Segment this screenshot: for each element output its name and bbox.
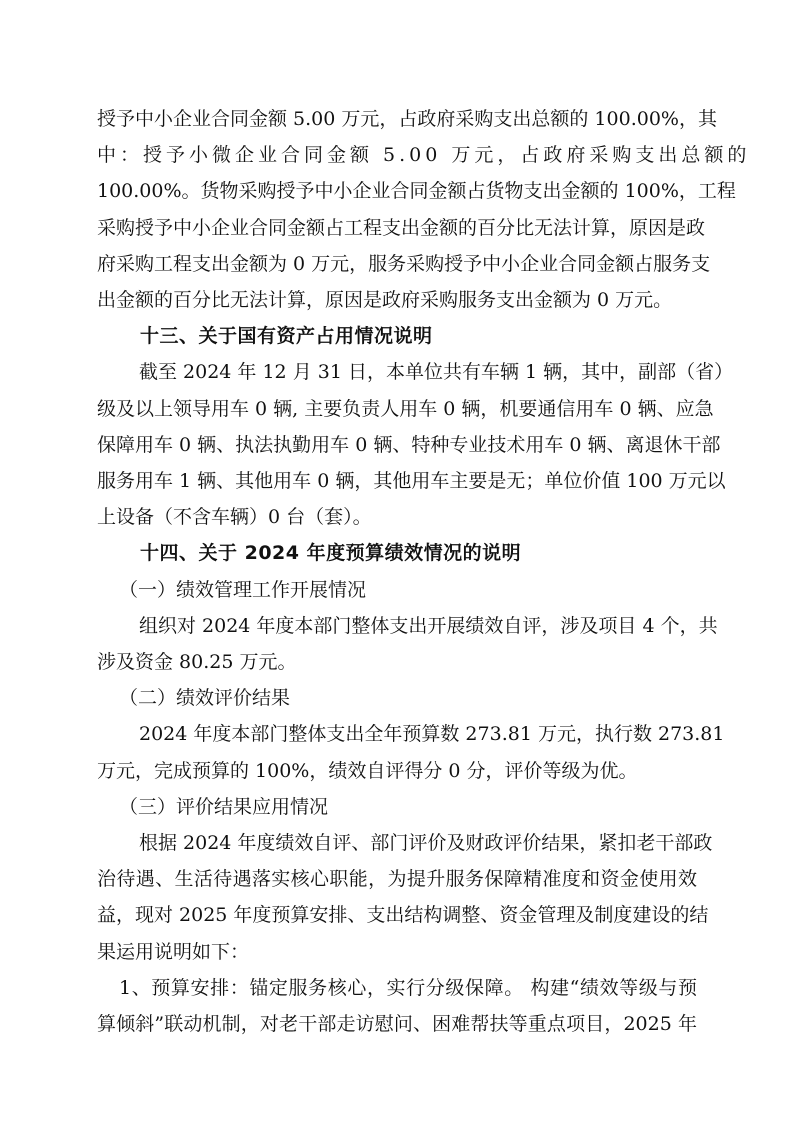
text-line: 上设备（不含车辆）0 台（套）。: [97, 499, 697, 535]
text-line: 府采购工程支出金额为 0 万元，服务采购授予中小企业合同金额占服务支: [97, 246, 697, 282]
subsection-1-heading: （一）绩效管理工作开展情况: [97, 572, 697, 608]
procurement-paragraph: 授予中小企业合同金额 5.00 万元，占政府采购支出总额的 100.00%，其 …: [97, 101, 697, 318]
section-13-heading: 十三、关于国有资产占用情况说明: [97, 318, 697, 354]
text-line: 根据 2024 年度绩效自评、部门评价及财政评价结果，紧扣老干部政: [97, 825, 697, 861]
subsection-1-paragraph: 组织对 2024 年度本部门整体支出开展绩效自评，涉及项目 4 个，共 涉及资金…: [97, 608, 697, 680]
subsection-2-heading: （二）绩效评价结果: [97, 680, 697, 716]
section-13-paragraph: 截至 2024 年 12 月 31 日，本单位共有车辆 1 辆，其中，副部（省）…: [97, 354, 697, 535]
section-14-heading: 十四、关于 2024 年度预算绩效情况的说明: [97, 535, 697, 571]
document-page: 授予中小企业合同金额 5.00 万元，占政府采购支出总额的 100.00%，其 …: [97, 101, 697, 1042]
text-line: 万元，完成预算的 100%，绩效自评得分 0 分，评价等级为优。: [97, 753, 697, 789]
text-line: 果运用说明如下：: [97, 934, 697, 970]
text-line: 治待遇、生活待遇落实核心职能，为提升服务保障精准度和资金使用效: [97, 861, 697, 897]
item-1-paragraph: 1、预算安排：锚定服务核心，实行分级保障。 构建“绩效等级与预 算倾斜”联动机制…: [97, 970, 697, 1042]
text-line: 2024 年度本部门整体支出全年预算数 273.81 万元，执行数 273.81: [97, 716, 697, 752]
subsection-3-paragraph: 根据 2024 年度绩效自评、部门评价及财政评价结果，紧扣老干部政 治待遇、生活…: [97, 825, 697, 970]
text-line: 涉及资金 80.25 万元。: [97, 644, 697, 680]
text-line: 采购授予中小企业合同金额占工程支出金额的百分比无法计算，原因是政: [97, 210, 697, 246]
text-line: 益，现对 2025 年度预算安排、支出结构调整、资金管理及制度建设的结: [97, 897, 697, 933]
text-line: 算倾斜”联动机制，对老干部走访慰问、困难帮扶等重点项目，2025 年: [97, 1006, 697, 1042]
text-line: 授予中小企业合同金额 5.00 万元，占政府采购支出总额的 100.00%，其: [97, 101, 697, 137]
text-line: 截至 2024 年 12 月 31 日，本单位共有车辆 1 辆，其中，副部（省）: [97, 354, 697, 390]
text-line: 保障用车 0 辆、执法执勤用车 0 辆、特种专业技术用车 0 辆、离退休干部: [97, 427, 697, 463]
subsection-3-heading: （三）评价结果应用情况: [97, 789, 697, 825]
text-line: 1、预算安排：锚定服务核心，实行分级保障。 构建“绩效等级与预: [97, 970, 697, 1006]
text-line: 出金额的百分比无法计算，原因是政府采购服务支出金额为 0 万元。: [97, 282, 697, 318]
text-line: 组织对 2024 年度本部门整体支出开展绩效自评，涉及项目 4 个，共: [97, 608, 697, 644]
text-line: 中：授予小微企业合同金额 5.00 万元，占政府采购支出总额的: [97, 137, 697, 173]
text-line: 服务用车 1 辆、其他用车 0 辆，其他用车主要是无；单位价值 100 万元以: [97, 463, 697, 499]
subsection-2-paragraph: 2024 年度本部门整体支出全年预算数 273.81 万元，执行数 273.81…: [97, 716, 697, 788]
text-line: 100.00%。货物采购授予中小企业合同金额占货物支出金额的 100%，工程: [97, 173, 697, 209]
text-line: 级及以上领导用车 0 辆, 主要负责人用车 0 辆，机要通信用车 0 辆、应急: [97, 391, 697, 427]
